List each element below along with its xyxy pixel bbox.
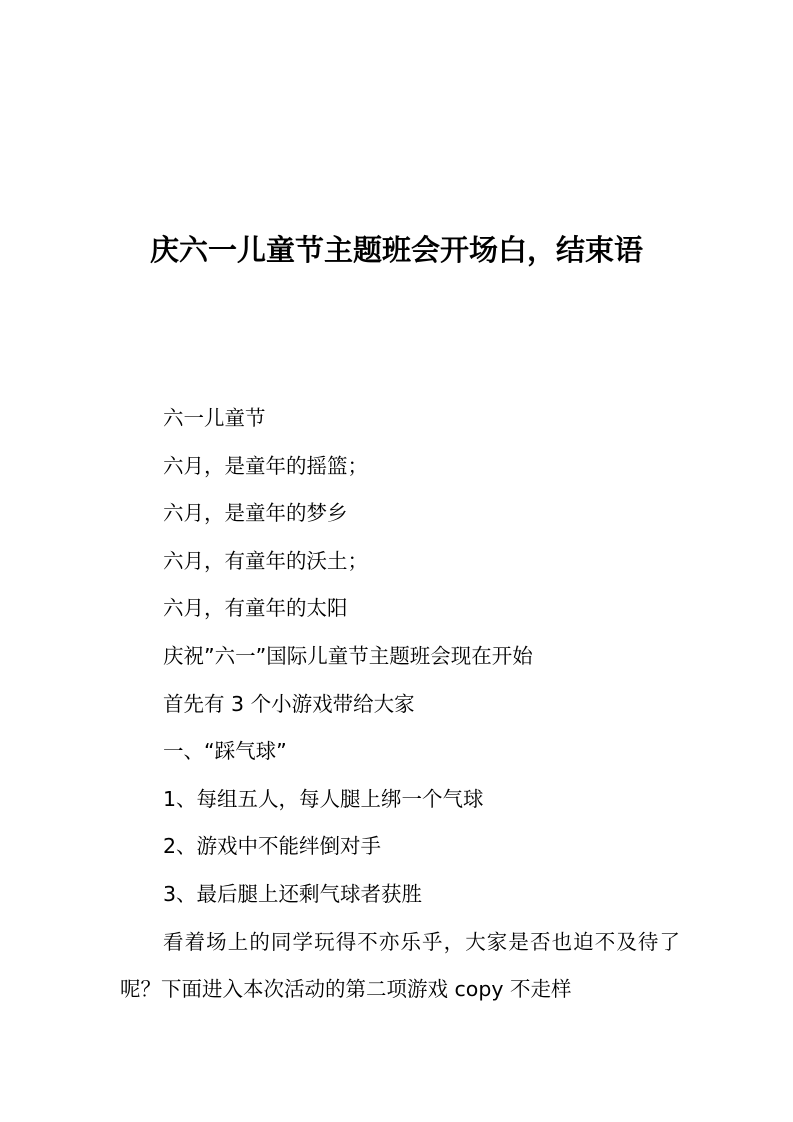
paragraph: 看着场上的同学玩得不亦乐乎，大家是否也迫不及待了呢？下面进入本次活动的第二项游戏… [120, 919, 680, 1014]
paragraph: 首先有 3 个小游戏带给大家 [120, 681, 680, 729]
paragraph: 六月，有童年的太阳 [120, 585, 680, 633]
paragraph: 庆祝”六一”国际儿童节主题班会现在开始 [120, 633, 680, 681]
paragraph: 六月，有童年的沃土； [120, 538, 680, 586]
paragraph: 六一儿童节 [120, 395, 680, 443]
rule-item: 2、游戏中不能绊倒对手 [120, 823, 680, 871]
document-title: 庆六一儿童节主题班会开场白，结束语 [0, 228, 793, 272]
paragraph: 六月，是童年的摇篮； [120, 443, 680, 491]
rule-item: 3、最后腿上还剩气球者获胜 [120, 871, 680, 919]
document-body: 六一儿童节 六月，是童年的摇篮； 六月，是童年的梦乡 六月，有童年的沃土； 六月… [120, 395, 680, 1014]
section-heading: 一、“踩气球” [120, 728, 680, 776]
rule-item: 1、每组五人，每人腿上绑一个气球 [120, 776, 680, 824]
document-page: 庆六一儿童节主题班会开场白，结束语 六一儿童节 六月，是童年的摇篮； 六月，是童… [0, 0, 793, 1122]
paragraph: 六月，是童年的梦乡 [120, 490, 680, 538]
